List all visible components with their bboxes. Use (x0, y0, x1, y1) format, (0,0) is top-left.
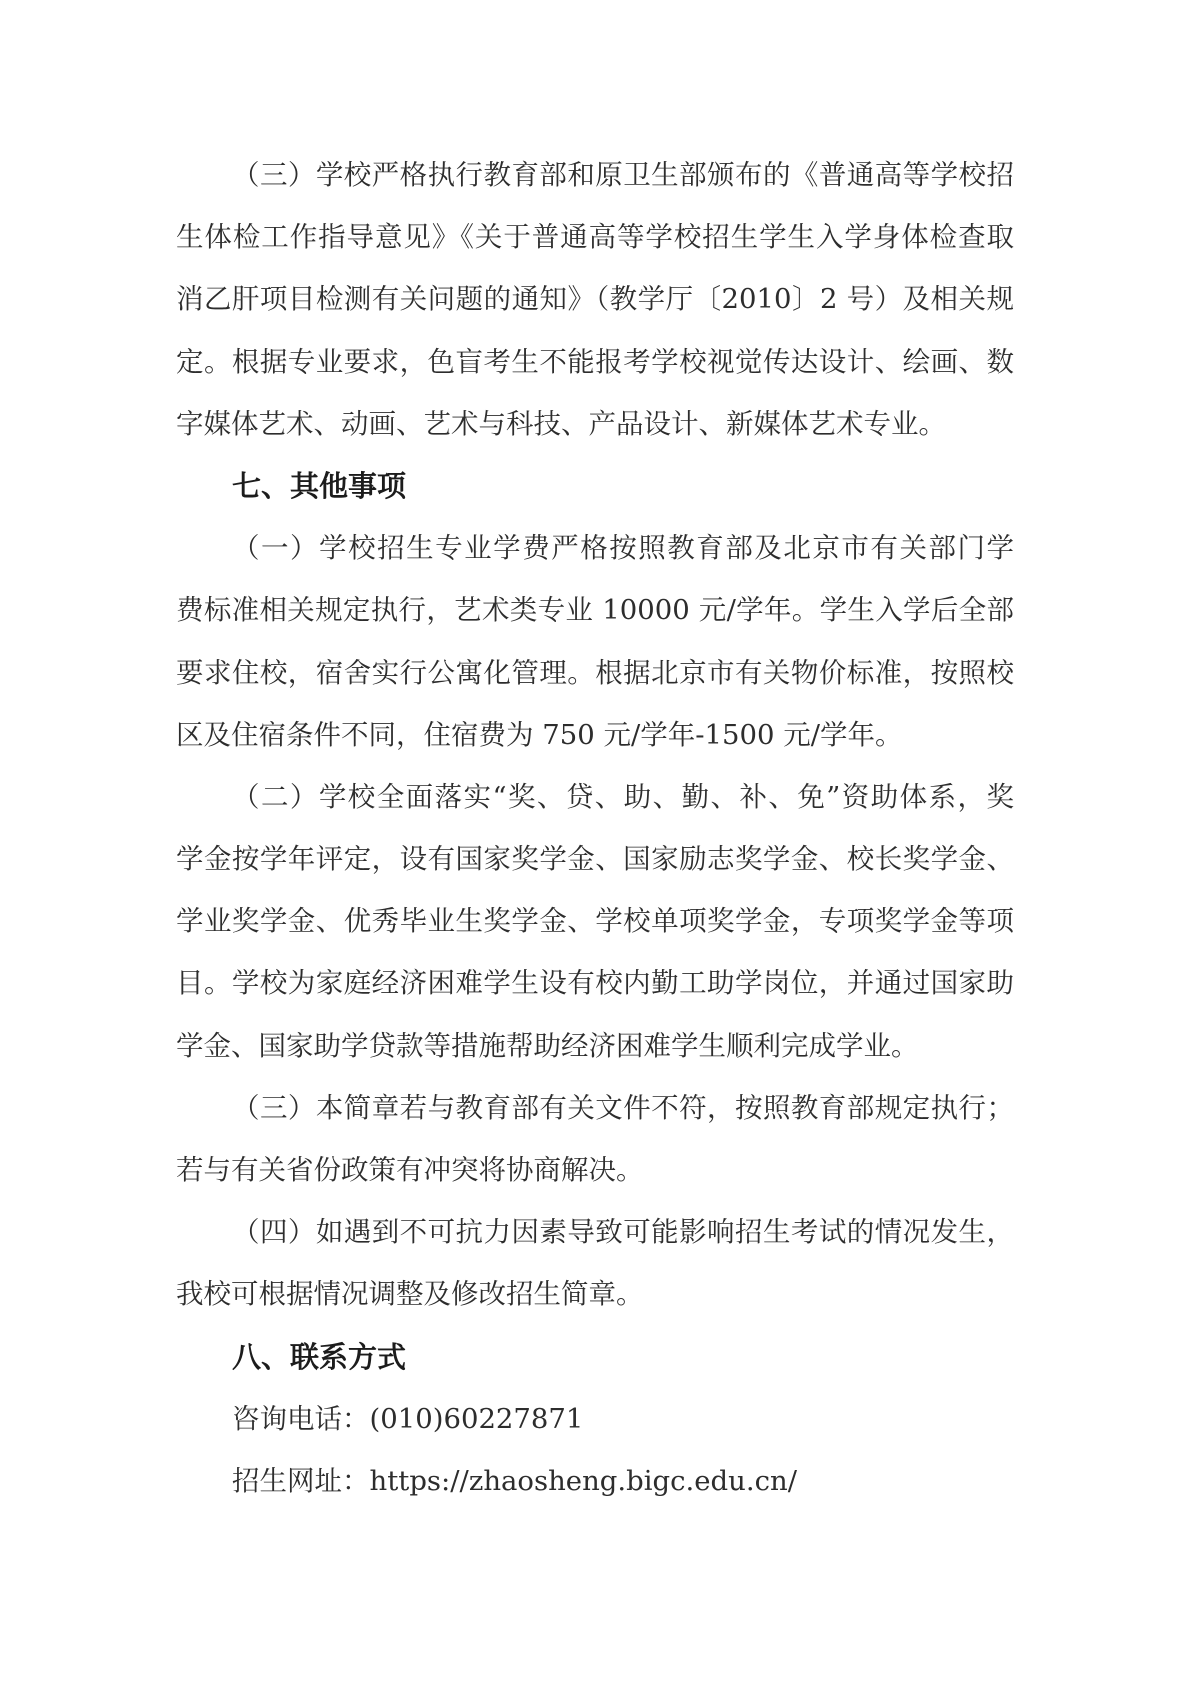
document-page: （三）学校严格执行教育部和原卫生部颁布的《普通高等学校招 生体检工作指导意见》《… (0, 0, 1190, 1684)
paragraph-c-line-4: 目。学校为家庭经济困难学生设有校内勤工助学岗位，并通过国家助 (176, 952, 1014, 1014)
contact-website-label: 招生网址： (232, 1465, 370, 1497)
contact-website-url: https://zhaosheng.bigc.edu.cn/ (370, 1465, 798, 1497)
paragraph-c-line-1: （二）学校全面落实“奖、贷、助、勤、补、免”资助体系，奖 (176, 766, 1014, 828)
paragraph-c-line-3: 学业奖学金、优秀毕业生奖学金、学校单项奖学金，专项奖学金等项 (176, 890, 1014, 952)
paragraph-e-line-1: （四）如遇到不可抗力因素导致可能影响招生考试的情况发生， (176, 1201, 1014, 1263)
paragraph-b-line-3: 要求住校，宿舍实行公寓化管理。根据北京市有关物价标准，按照校 (176, 642, 1014, 704)
document-content: （三）学校严格执行教育部和原卫生部颁布的《普通高等学校招 生体检工作指导意见》《… (176, 144, 1014, 1512)
paragraph-b-line-4: 区及住宿条件不同，住宿费为 750 元/学年-1500 元/学年。 (176, 704, 1014, 766)
contact-phone-label: 咨询电话： (232, 1403, 370, 1435)
paragraph-c-line-5: 学金、国家助学贷款等措施帮助经济困难学生顺利完成学业。 (176, 1015, 1014, 1077)
paragraph-a-line-4: 定。根据专业要求，色盲考生不能报考学校视觉传达设计、绘画、数 (176, 331, 1014, 393)
contact-phone-line: 咨询电话：(010)60227871 (176, 1388, 1014, 1450)
paragraph-d-line-1: （三）本简章若与教育部有关文件不符，按照教育部规定执行； (176, 1077, 1014, 1139)
contact-website-line: 招生网址：https://zhaosheng.bigc.edu.cn/ (176, 1450, 1014, 1512)
paragraph-a-line-3: 消乙肝项目检测有关问题的通知》（教学厅〔2010〕2 号）及相关规 (176, 268, 1014, 330)
paragraph-d-line-2: 若与有关省份政策有冲突将协商解决。 (176, 1139, 1014, 1201)
paragraph-a-line-1: （三）学校严格执行教育部和原卫生部颁布的《普通高等学校招 (176, 144, 1014, 206)
paragraph-b-line-2: 费标准相关规定执行，艺术类专业 10000 元/学年。学生入学后全部 (176, 579, 1014, 641)
paragraph-e-line-2: 我校可根据情况调整及修改招生简章。 (176, 1263, 1014, 1325)
paragraph-b-line-1: （一）学校招生专业学费严格按照教育部及北京市有关部门学 (176, 517, 1014, 579)
heading-section-7: 七、其他事项 (176, 455, 1014, 517)
paragraph-c-line-2: 学金按学年评定，设有国家奖学金、国家励志奖学金、校长奖学金、 (176, 828, 1014, 890)
paragraph-a-line-5: 字媒体艺术、动画、艺术与科技、产品设计、新媒体艺术专业。 (176, 393, 1014, 455)
heading-section-8: 八、联系方式 (176, 1326, 1014, 1388)
contact-phone-value: (010)60227871 (370, 1403, 584, 1435)
paragraph-a-line-2: 生体检工作指导意见》《关于普通高等学校招生学生入学身体检查取 (176, 206, 1014, 268)
